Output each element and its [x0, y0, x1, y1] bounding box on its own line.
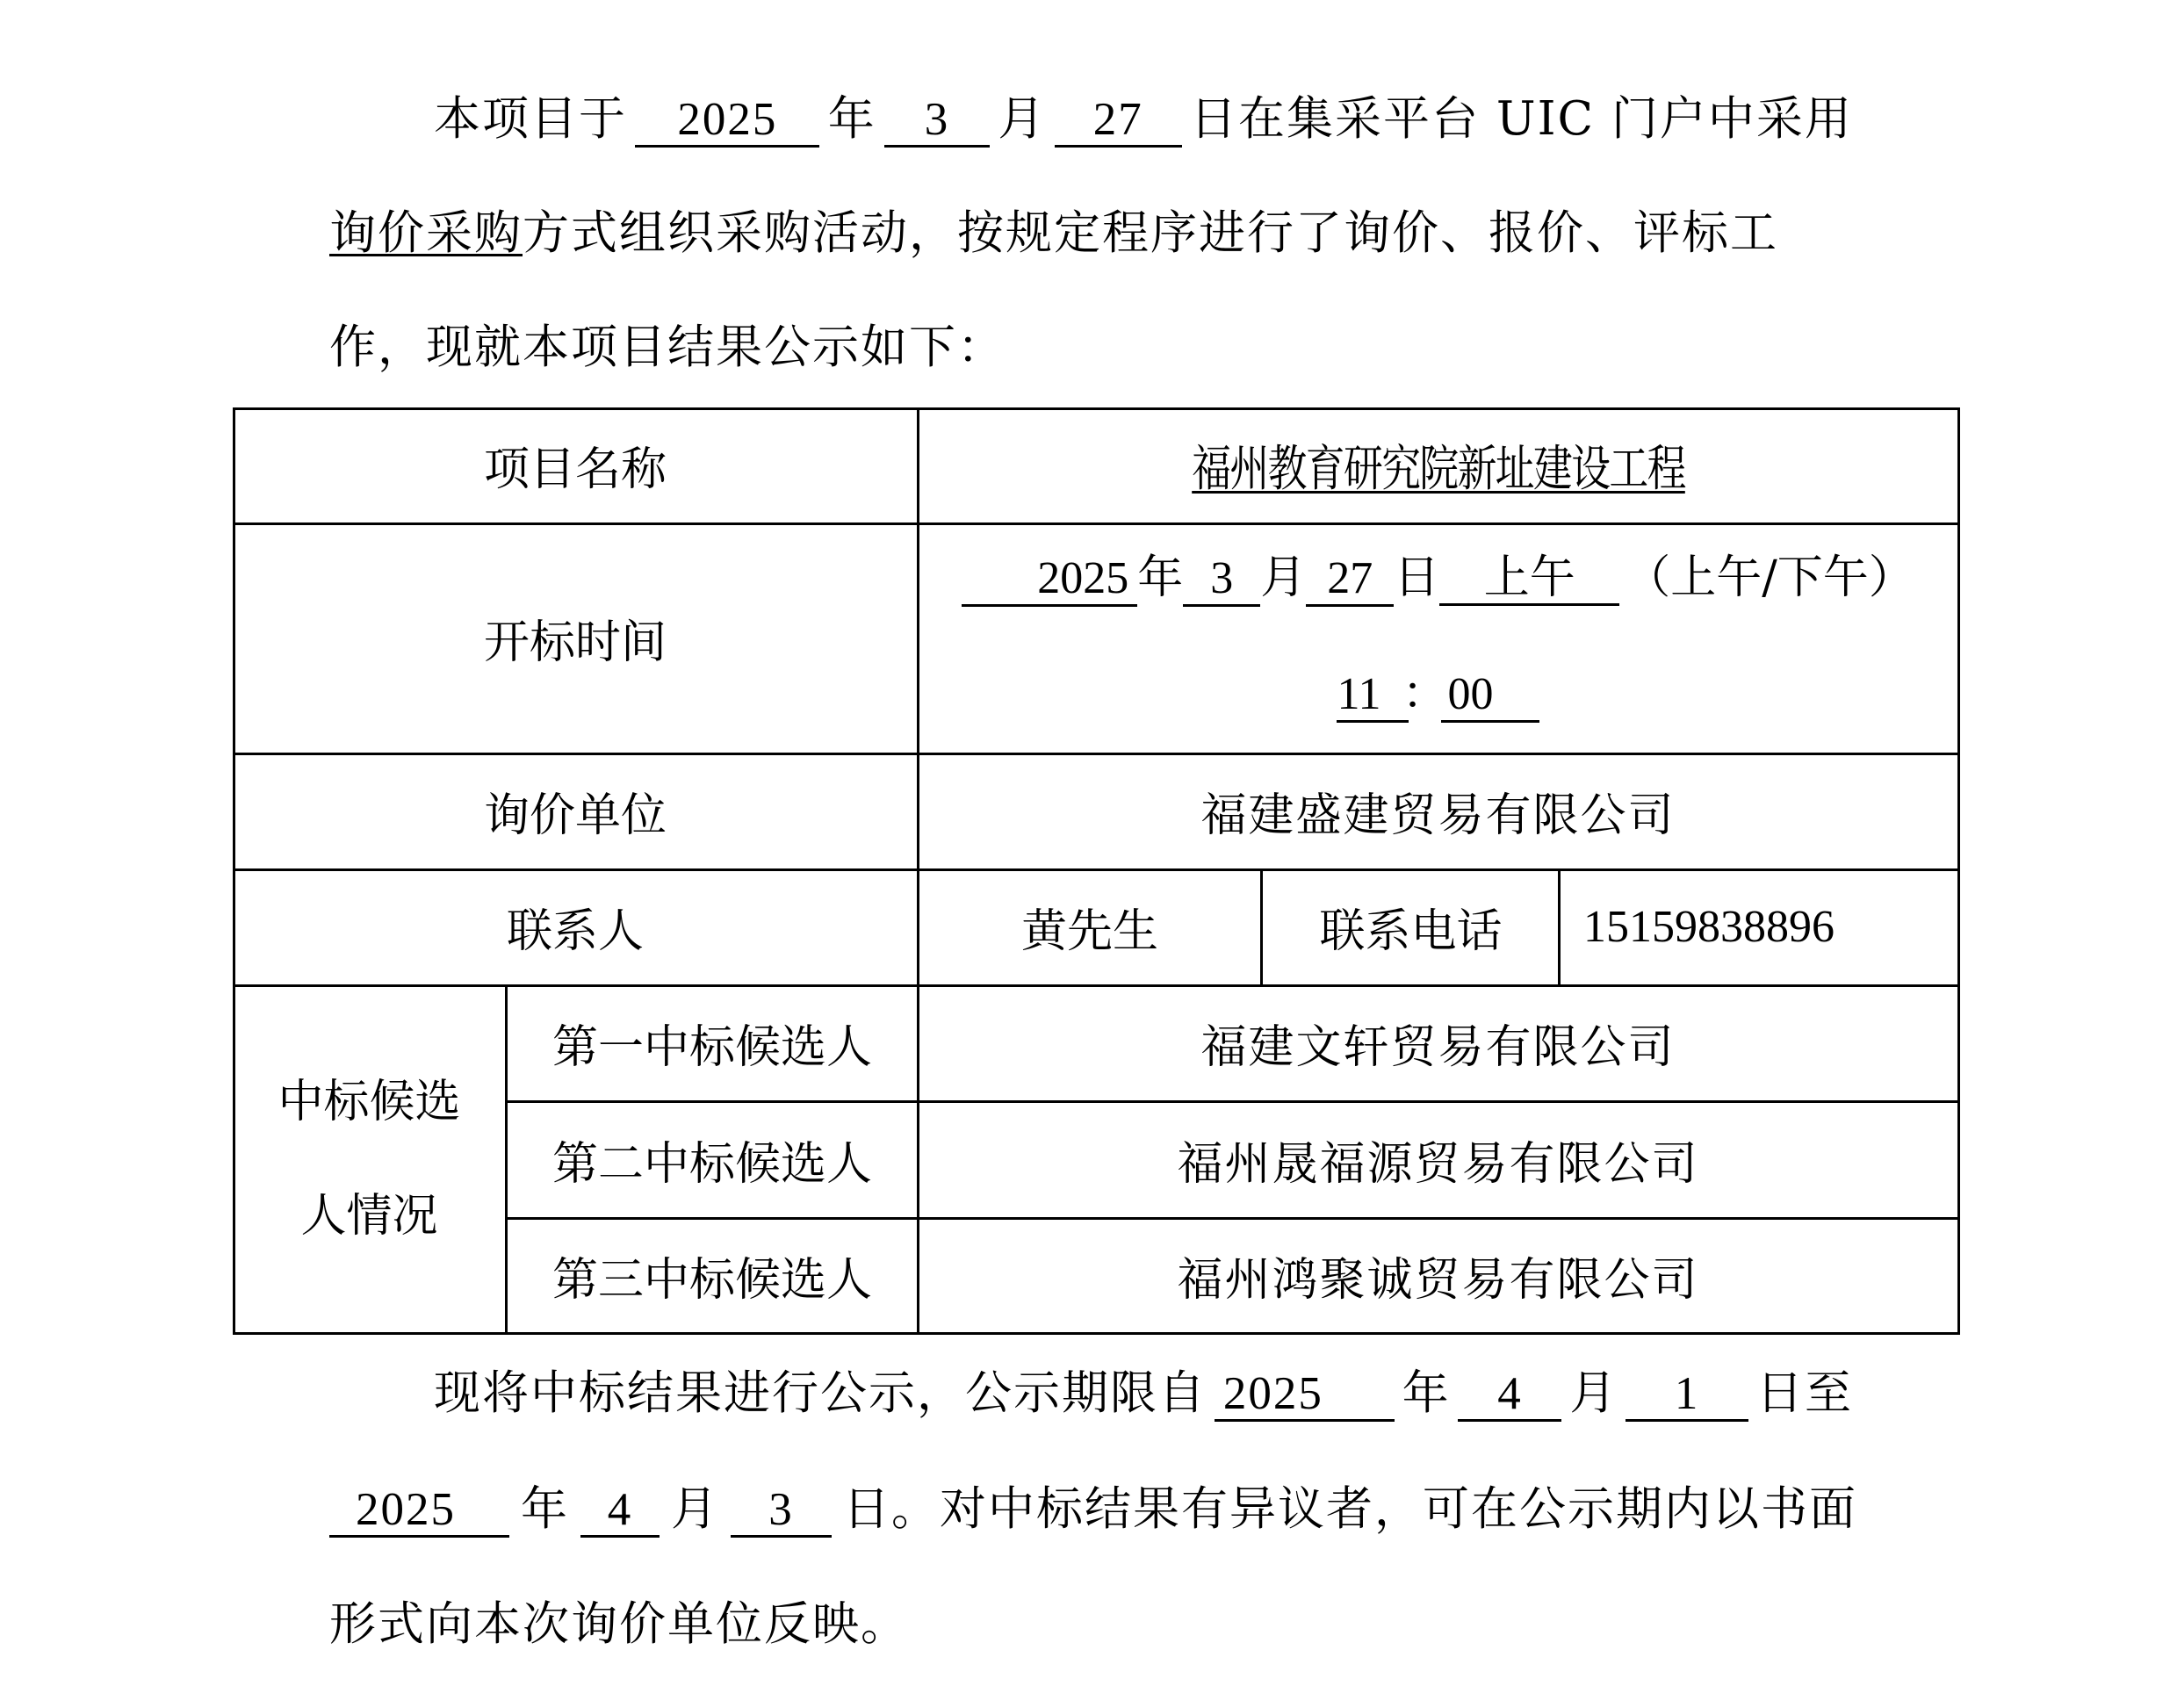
closing-end-year-unit: 年: [521, 1481, 569, 1538]
candidate-3-company: 福州鸿聚诚贸易有限公司: [918, 1217, 1958, 1333]
intro-line-2-rest: 方式组织采购活动，按规定程序进行了询价、报价、评标工: [523, 205, 1778, 262]
opening-day: 27: [1306, 553, 1394, 607]
candidates-label-line-2: 人情况: [300, 1159, 437, 1273]
procurement-method: 询价采购: [329, 205, 523, 262]
inquiry-unit-label: 询价单位: [233, 753, 918, 868]
intro-line-2: 询价采购 方式组织采购活动，按规定程序进行了询价、报价、评标工: [329, 205, 1857, 262]
candidate-2-company: 福州晟福源贸易有限公司: [918, 1101, 1958, 1217]
opening-year-unit: 年: [1137, 552, 1183, 603]
intro-prefix: 本项目于: [434, 91, 627, 148]
opening-year: 2025: [962, 553, 1137, 607]
closing-start-day: 1: [1626, 1368, 1748, 1422]
inquiry-unit-value: 福建盛建贸易有限公司: [918, 753, 1958, 868]
result-table: 项目名称 福州教育研究院新址建设工程 开标时间 2025 年 3 月 27 日 …: [233, 407, 1960, 1334]
opening-minute: 00: [1441, 669, 1539, 723]
intro-day: 27: [1055, 94, 1182, 148]
candidate-2-rank: 第二中标候选人: [507, 1101, 918, 1217]
closing-line-1: 现将中标结果进行公示，公示期限自 2025 年 4 月 1 日至: [434, 1366, 1853, 1422]
opening-date-line: 2025 年 3 月 27 日 上午 （上午/下午）: [962, 552, 1914, 607]
phone-label: 联系电话: [1262, 868, 1560, 984]
opening-day-unit: 日: [1394, 552, 1439, 603]
closing-end-day: 3: [731, 1484, 832, 1538]
candidates-label-line-1: 中标候选: [278, 1045, 460, 1159]
closing-end-year: 2025: [329, 1484, 509, 1538]
closing-start-month-unit: 月: [1569, 1366, 1618, 1422]
intro-year: 2025: [635, 94, 819, 148]
opening-period-options: （上午/下午）: [1625, 552, 1914, 603]
intro-line-3: 作，现就本项目结果公示如下：: [329, 320, 1857, 376]
opening-month: 3: [1183, 553, 1260, 607]
intro-line-1: 本项目于 2025 年 3 月 27 日在集采平台 UIC 门户中采用: [434, 91, 1853, 148]
closing-start-year-unit: 年: [1402, 1366, 1451, 1422]
intro-line-3-text: 作，现就本项目结果公示如下：: [329, 320, 1006, 376]
closing-line-3-text: 形式向本次询价单位反映。: [329, 1596, 909, 1653]
opening-time-value: 2025 年 3 月 27 日 上午 （上午/下午） 11 ： 00: [918, 522, 1958, 753]
opening-hour: 11: [1337, 669, 1409, 723]
intro-year-unit: 年: [828, 91, 876, 148]
candidate-1-company: 福建文轩贸易有限公司: [918, 984, 1958, 1100]
project-name-label: 项目名称: [233, 407, 918, 522]
intro-suffix: 日在集采平台 UIC 门户中采用: [1190, 91, 1853, 148]
candidate-1-rank: 第一中标候选人: [507, 984, 918, 1100]
opening-period: 上午: [1439, 552, 1619, 606]
closing-line-3: 形式向本次询价单位反映。: [329, 1596, 1857, 1653]
closing-line-2: 2025 年 4 月 3 日。对中标结果有异议者，可在公示期内以书面: [329, 1481, 1857, 1538]
intro-month-unit: 月: [998, 91, 1046, 148]
closing-end-month-unit: 月: [671, 1481, 719, 1538]
candidates-label: 中标候选 人情况: [233, 984, 506, 1333]
contact-value: 黄先生: [918, 868, 1262, 984]
phone-value: 15159838896: [1561, 868, 1959, 984]
opening-month-unit: 月: [1260, 552, 1306, 603]
closing-line-2-suffix: 日。对中标结果有异议者，可在公示期内以书面: [843, 1481, 1857, 1538]
closing-prefix: 现将中标结果进行公示，公示期限自: [434, 1366, 1207, 1422]
intro-month: 3: [884, 94, 990, 148]
closing-start-month: 4: [1458, 1368, 1561, 1422]
closing-line-1-suffix: 日至: [1756, 1366, 1853, 1422]
contact-label: 联系人: [233, 868, 918, 984]
project-name-value: 福州教育研究院新址建设工程: [1192, 430, 1685, 501]
candidate-3-rank: 第三中标候选人: [507, 1217, 918, 1333]
project-name-value-cell: 福州教育研究院新址建设工程: [918, 407, 1958, 522]
closing-start-year: 2025: [1215, 1368, 1395, 1422]
opening-time-label: 开标时间: [233, 522, 918, 753]
opening-clock-line: 11 ： 00: [1337, 668, 1539, 723]
closing-end-month: 4: [580, 1484, 660, 1538]
